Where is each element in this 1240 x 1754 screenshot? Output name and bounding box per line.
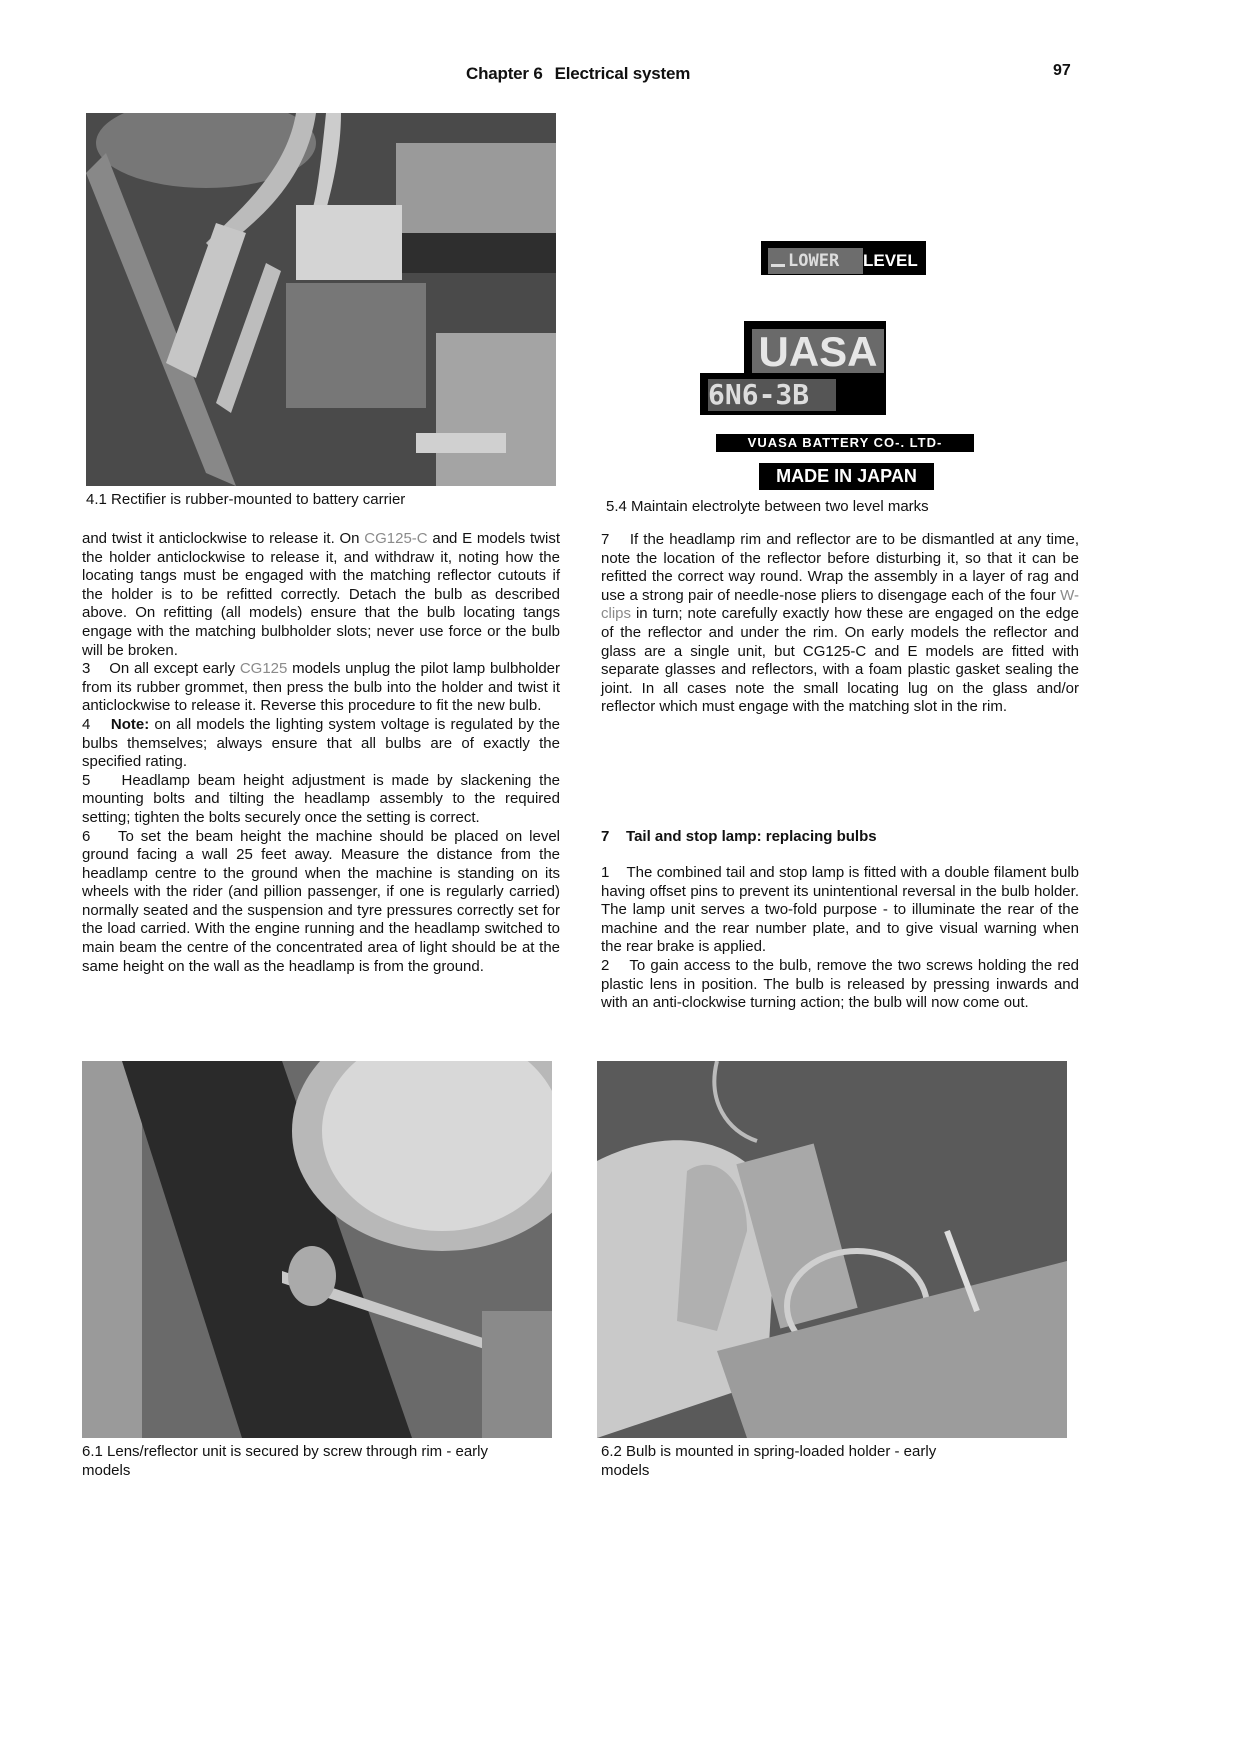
running-head: Chapter 6Electrical system bbox=[466, 64, 690, 84]
fig-5-4-caption: 5.4 Maintain electrolyte between two lev… bbox=[606, 497, 929, 516]
brand-text: UASA bbox=[752, 329, 884, 375]
section-7-text: 1 The combined tail and stop lamp is fit… bbox=[601, 864, 1079, 1013]
right-column-text: 7 If the headlamp rim and reflector are … bbox=[601, 531, 1079, 717]
fig-4-1-caption: 4.1 Rectifier is rubber-mounted to batte… bbox=[86, 490, 405, 509]
label-lower-level: LOWER LEVEL bbox=[761, 241, 926, 275]
photo-headlamp-screw bbox=[82, 1061, 552, 1438]
fig-6-1-caption: 6.1 Lens/reflector unit is secured by sc… bbox=[82, 1442, 488, 1480]
lower-mark-box: LOWER bbox=[768, 248, 863, 274]
chapter-label: Chapter 6 bbox=[466, 64, 543, 83]
photo-rectifier bbox=[86, 113, 556, 486]
label-made-in-japan: MADE IN JAPAN bbox=[759, 463, 934, 490]
section-paragraph-1: 1 The combined tail and stop lamp is fit… bbox=[601, 864, 1079, 957]
fig-6-2-caption: 6.2 Bulb is mounted in spring-loaded hol… bbox=[601, 1442, 936, 1480]
bulb-holder-photo-icon bbox=[597, 1061, 1067, 1438]
left-column-text: and twist it anticlockwise to release it… bbox=[82, 530, 560, 976]
chapter-title: Electrical system bbox=[555, 64, 691, 83]
label-model: 6N6-3B bbox=[700, 373, 886, 415]
level-mark-icon bbox=[771, 253, 785, 267]
section-heading: 7 Tail and stop lamp: replacing bulbs bbox=[601, 828, 877, 845]
paragraph-continued: and twist it anticlockwise to release it… bbox=[82, 530, 560, 660]
rectifier-photo-icon bbox=[86, 113, 556, 486]
paragraph-4: 4 Note: on all models the lighting syste… bbox=[82, 716, 560, 772]
photo-bulb-holder bbox=[597, 1061, 1067, 1438]
level-text: LEVEL bbox=[863, 248, 918, 274]
section-paragraph-2: 2 To gain access to the bulb, remove the… bbox=[601, 957, 1079, 1013]
page-number: 97 bbox=[1053, 62, 1071, 80]
label-brand: UASA bbox=[744, 321, 886, 377]
paragraph-7: 7 If the headlamp rim and reflector are … bbox=[601, 531, 1079, 717]
model-text: 6N6-3B bbox=[708, 379, 836, 411]
lower-text: LOWER bbox=[788, 251, 839, 271]
label-company: VUASA BATTERY CO-. LTD- bbox=[716, 434, 974, 452]
paragraph-5: 5 Headlamp beam height adjustment is mad… bbox=[82, 772, 560, 828]
headlamp-photo-icon bbox=[82, 1061, 552, 1438]
paragraph-6: 6 To set the beam height the machine sho… bbox=[82, 828, 560, 977]
paragraph-3: 3 On all except early CG125 models unplu… bbox=[82, 660, 560, 716]
